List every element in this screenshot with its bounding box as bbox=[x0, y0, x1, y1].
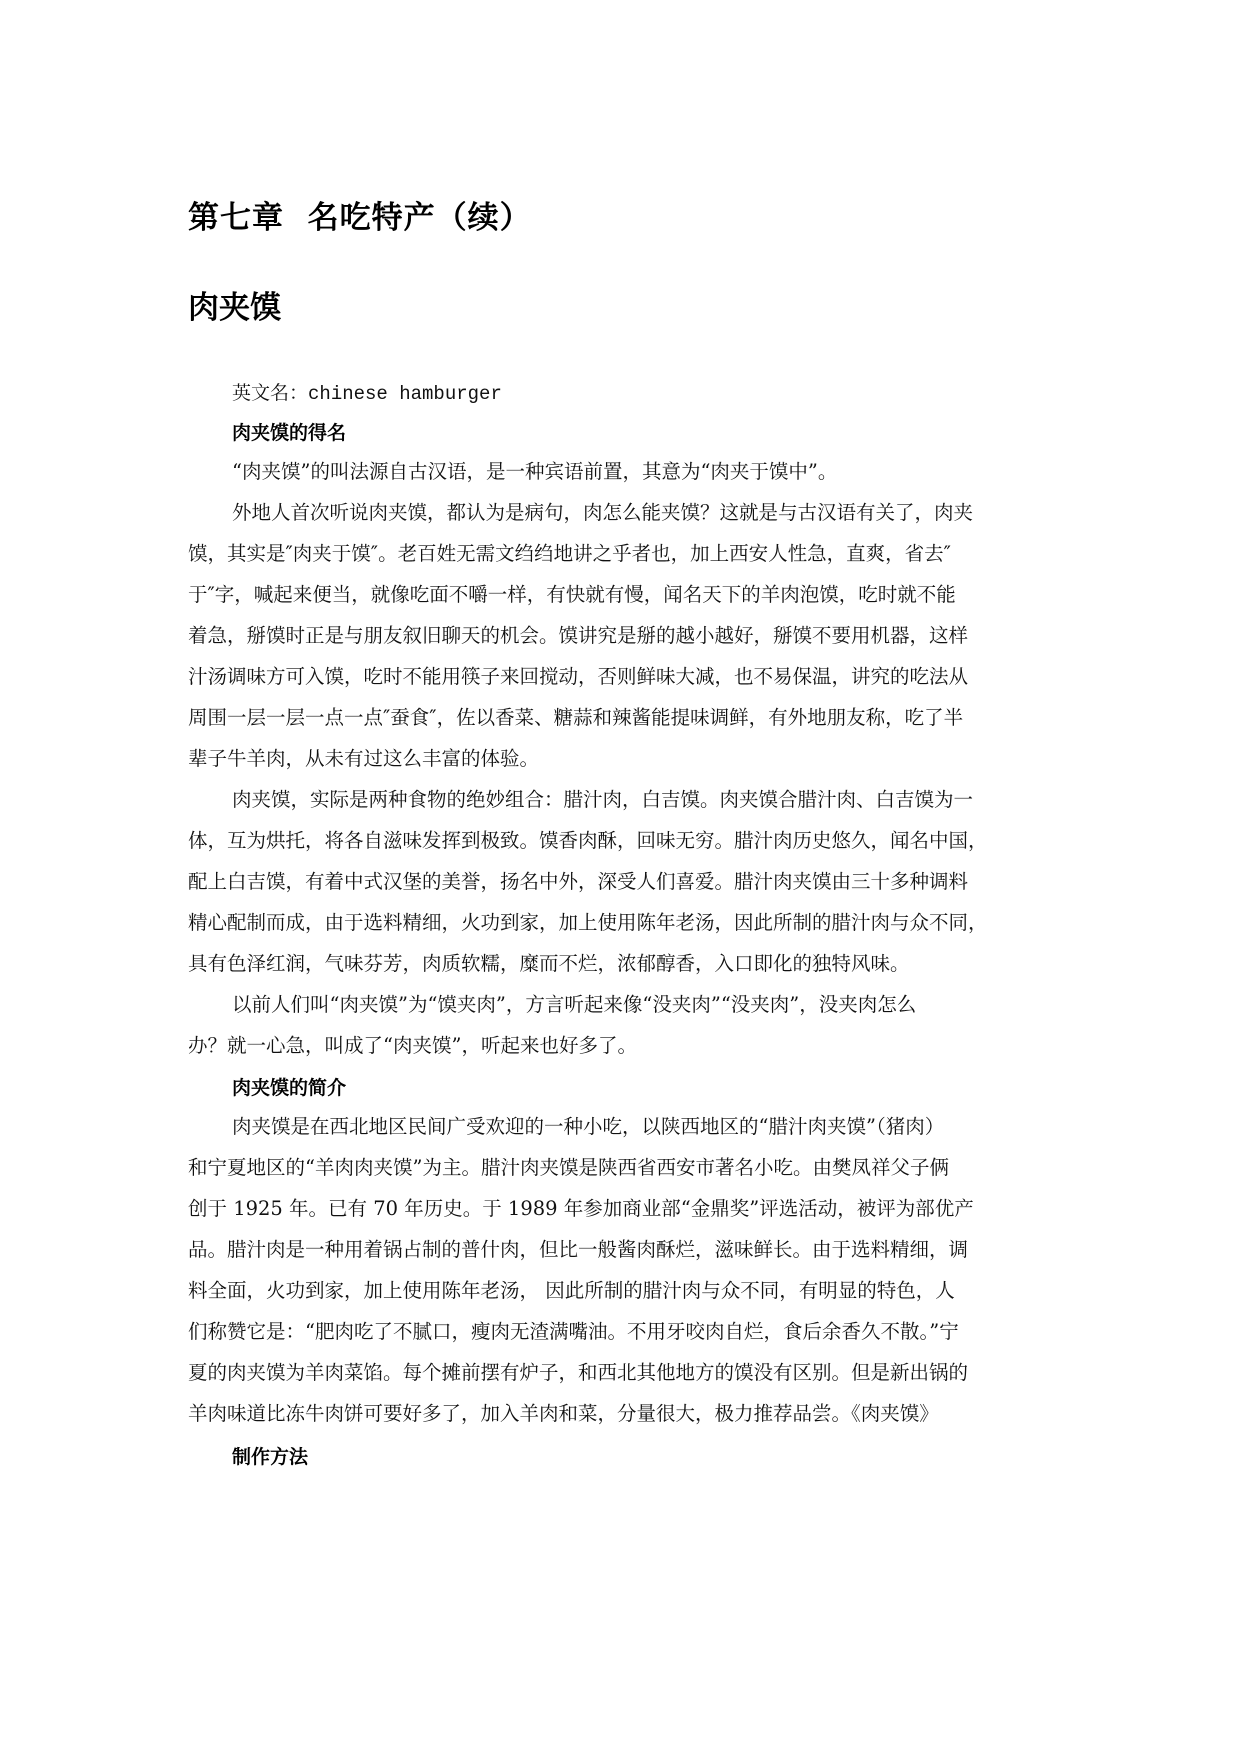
subsection-heading: 肉夹馍的简介 bbox=[232, 1073, 346, 1100]
paragraph-line: 馍，其实是″肉夹于馍″。老百姓无需文绉绉地讲之乎者也，加上西安人性急，直爽，省去… bbox=[188, 542, 951, 566]
subsection-heading: 制作方法 bbox=[232, 1442, 308, 1469]
paragraph-line: 具有色泽红润，气味芬芳，肉质软糯，糜而不烂，浓郁醇香，入口即化的独特风味。 bbox=[188, 952, 910, 976]
paragraph-line: 肉夹馍是在西北地区民间广受欢迎的一种小吃，以陕西地区的“腊汁肉夹馍”（猪肉） bbox=[232, 1115, 944, 1139]
paragraph-line: 外地人首次听说肉夹馍，都认为是病句，肉怎么能夹馍？这就是与古汉语有关了，肉夹 bbox=[232, 501, 973, 525]
paragraph-line: 和宁夏地区的“羊肉肉夹馍”为主。腊汁肉夹馍是陕西省西安市著名小吃。由樊凤祥父子俩 bbox=[188, 1156, 949, 1180]
subsection-heading: 肉夹馍的得名 bbox=[232, 418, 346, 445]
english-name-value: chinese hamburger bbox=[308, 383, 502, 405]
paragraph-line: 汁汤调味方可入馍，吃时不能用筷子来回搅动，否则鲜味大减，也不易保温，讲究的吃法从 bbox=[188, 665, 968, 689]
paragraph-line: 们称赞它是：“肥肉吃了不腻口，瘦肉无渣满嘴油。不用牙咬肉自烂，食后余香久不散。”… bbox=[188, 1320, 959, 1344]
paragraph-line: 料全面，火功到家，加上使用陈年老汤， 因此所制的腊汁肉与众不同，有明显的特色，人 bbox=[188, 1279, 955, 1303]
section-title: 肉夹馍 bbox=[188, 282, 281, 327]
paragraph-line: 于″字，喊起来便当，就像吃面不嚼一样，有快就有慢，闻名天下的羊肉泡馍，吃时就不能 bbox=[188, 583, 956, 607]
paragraph-line: 品。腊汁肉是一种用着锅占制的普什肉，但比一般酱肉酥烂，滋味鲜长。由于选料精细，调 bbox=[188, 1238, 968, 1262]
paragraph-line: 周围一层一层一点一点″蚕食″，佐以香菜、糖蒜和辣酱能提味调鲜，有外地朋友称，吃了… bbox=[188, 706, 963, 730]
document-page: 第七章 名吃特产（续） 肉夹馍 英文名：chinese hamburger 肉夹… bbox=[0, 0, 1240, 1754]
paragraph-line: 肉夹馍，实际是两种食物的绝妙组合：腊汁肉，白吉馍。肉夹馍合腊汁肉、白吉馍为一 bbox=[232, 788, 973, 812]
paragraph-line: 创于 1925 年。已有 70 年历史。于 1989 年参加商业部“金鼎奖”评选… bbox=[188, 1197, 974, 1221]
english-name-label: 英文名： bbox=[232, 382, 308, 404]
paragraph-line: 配上白吉馍，有着中式汉堡的美誉，扬名中外，深受人们喜爱。腊汁肉夹馍由三十多种调料 bbox=[188, 870, 968, 894]
paragraph-line: 体，互为烘托，将各自滋味发挥到极致。馍香肉酥，回味无穷。腊汁肉历史悠久，闻名中国… bbox=[188, 829, 988, 853]
paragraph-line: 羊肉味道比冻牛肉饼可要好多了，加入羊肉和菜，分量很大，极力推荐品尝。《肉夹馍》 bbox=[188, 1402, 939, 1426]
english-name: 英文名：chinese hamburger bbox=[232, 378, 502, 405]
paragraph-line: 办？就一心急，叫成了“肉夹馍”，听起来也好多了。 bbox=[188, 1034, 637, 1058]
paragraph-line: 精心配制而成，由于选料精细，火功到家，加上使用陈年老汤，因此所制的腊汁肉与众不同… bbox=[188, 911, 988, 935]
paragraph-line: 着急，掰馍时正是与朋友叙旧聊天的机会。馍讲究是掰的越小越好，掰馍不要用机器，这样 bbox=[188, 624, 968, 648]
paragraph-line: 夏的肉夹馍为羊肉菜馅。每个摊前摆有炉子，和西北其他地方的馍没有区别。但是新出锅的 bbox=[188, 1361, 968, 1385]
paragraph-line: 辈子牛羊肉，从未有过这么丰富的体验。 bbox=[188, 747, 539, 771]
paragraph-line: 以前人们叫“肉夹馍”为“馍夹肉”，方言听起来像“没夹肉”“没夹肉”，没夹肉怎么 bbox=[232, 993, 916, 1017]
paragraph-line: “肉夹馍”的叫法源自古汉语，是一种宾语前置，其意为“肉夹于馍中”。 bbox=[232, 460, 837, 484]
chapter-title: 第七章 名吃特产（续） bbox=[188, 192, 532, 237]
